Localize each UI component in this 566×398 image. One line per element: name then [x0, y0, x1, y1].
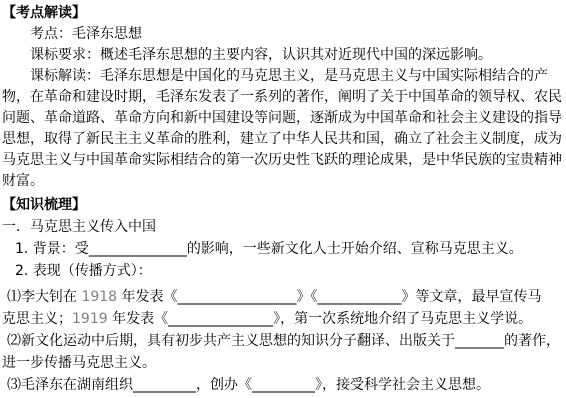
- item-2-line-1: ⑵新文化运动中后期，具有初步共产主义思想的知识分子翻译、出版关于_______的…: [2, 330, 566, 352]
- item-3-text-post: 》，接受科学社会主义思想。: [315, 377, 490, 393]
- item-2-text-post: 的著作，: [504, 333, 560, 349]
- interpretation-line-4: 思想，取得了新民主主义革命的胜利，建立了中华人民共和国，确立了社会主义制度，成为: [2, 129, 566, 150]
- worksheet-document: 【考点解读】 考点：毛泽东思想 课标要求：概述毛泽东思想的主要内容，认识其对近现…: [0, 0, 566, 396]
- item-1b-text-post: 》，第一次系统地介绍了马克思主义学说。: [273, 311, 532, 327]
- item-3-line: ⑶毛泽东在湖南组织_________，创办《_________》，接受科学社会主…: [2, 374, 566, 396]
- interpretation-line-2: 物，在革命和建设时期，毛泽东发表了一系列的著作，阐明了关于中国革命的领导权、农民: [2, 87, 566, 108]
- year-1919: 1919: [72, 311, 108, 327]
- background-text-post: 的影响，一些新文化人士开始介绍、宣称马克思主义。: [187, 241, 523, 257]
- fill-in-blank-organization: _________: [133, 377, 196, 393]
- curriculum-requirement-line: 课标要求：概述毛泽东思想的主要内容，认识其对近现代中国的深远影响。: [2, 45, 566, 66]
- section-exam-analysis: 【考点解读】 考点：毛泽东思想 课标要求：概述毛泽东思想的主要内容，认识其对近现…: [2, 3, 566, 192]
- fill-in-blank-background: ______________: [89, 241, 187, 257]
- item-1-line-1: ⑴李大钊在 1918 年发表《_________________》《______…: [2, 286, 566, 308]
- interpretation-line-5: 马克思主义与中国革命实际相结合的第一次历史性飞跃的理论成果，是中华民族的宝贵精神: [2, 150, 566, 171]
- interpretation-line-1: 课标解读：毛泽东思想是中国化的马克思主义，是马克思主义与中国实际相结合的产: [2, 66, 566, 87]
- manifestation-line: 2. 表现（传播方式）：: [2, 260, 566, 282]
- topic-1-heading: 一．马克思主义传入中国: [2, 216, 566, 238]
- interpretation-line-6: 财富。: [2, 171, 566, 192]
- exam-point-line: 考点：毛泽东思想: [2, 24, 566, 45]
- section-header-exam-analysis: 【考点解读】: [2, 3, 566, 24]
- section-header-knowledge-outline: 【知识梳理】: [2, 194, 566, 216]
- year-1918: 1918: [81, 289, 117, 305]
- background-line: 1. 背景：受______________的影响，一些新文化人士开始介绍、宣称马…: [2, 238, 566, 260]
- section-knowledge-outline: 【知识梳理】 一．马克思主义传入中国 1. 背景：受______________…: [2, 194, 566, 396]
- item-1-text-pre: ⑴李大钊在: [7, 289, 81, 305]
- interpretation-line-3: 问题、革命道路、革命方向和新中国建设等问题，逐渐成为中国革命和社会主义建设的指导: [2, 108, 566, 129]
- item-1-text-post: 》等文章，最早宣传马: [402, 289, 542, 305]
- item-3-text-pre: ⑶毛泽东在湖南组织: [7, 377, 133, 393]
- item-1-bracket-sep: 》《: [297, 289, 318, 305]
- item-1-text-mid: 年发表《: [117, 289, 177, 305]
- fill-in-blank-article-1: _________________: [178, 289, 297, 305]
- item-1b-text-pre: 克思主义；: [2, 311, 72, 327]
- item-3-text-mid: ，创办《: [196, 377, 252, 393]
- fill-in-blank-journal: _________: [252, 377, 315, 393]
- item-2-text-pre: ⑵新文化运动中后期，具有初步共产主义思想的知识分子翻译、出版关于: [7, 333, 455, 349]
- item-2-line-2: 进一步传播马克思主义。: [2, 352, 566, 374]
- item-1-line-2: 克思主义；1919 年发表《_______________》，第一次系统地介绍了…: [2, 308, 566, 330]
- fill-in-blank-article-2: ____________: [318, 289, 402, 305]
- fill-in-blank-article-3: _______________: [168, 311, 273, 327]
- fill-in-blank-works: _______: [455, 333, 504, 349]
- item-1b-text-mid: 年发表《: [108, 311, 168, 327]
- background-text-pre: 1. 背景：受: [15, 241, 89, 257]
